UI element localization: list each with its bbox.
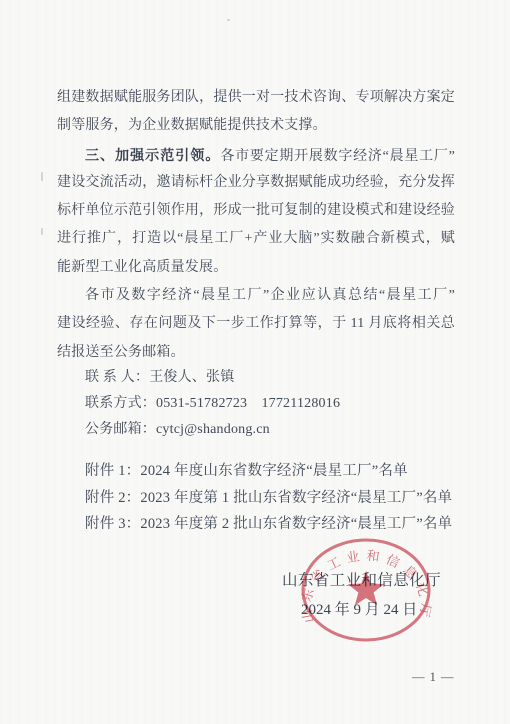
official-seal: 山东省工业和信息化厅 bbox=[294, 536, 440, 648]
body-line: 制等服务，为企业数据赋能提供技术支撑。 bbox=[57, 112, 455, 140]
attachment-item: 附件 2：2023 年度第 1 批山东省数字经济“晨星工厂”名单 bbox=[85, 485, 485, 512]
body-line: 标杆单位示范引领作用，形成一批可复制的建设模式和建设经验 bbox=[57, 197, 455, 225]
section-heading: 三、加强示范引领。 bbox=[85, 147, 220, 163]
contact-person-line: 联 系 人：王俊人、张镇 bbox=[85, 365, 455, 391]
body-line: 结报送至公务邮箱。 bbox=[57, 339, 455, 367]
section-heading-line: 三、加强示范引领。各市要定期开展数字经济“晨星工厂” bbox=[57, 141, 455, 169]
contact-info: 联 系 人：王俊人、张镇 联系方式：0531-51782723 17721128… bbox=[85, 365, 455, 444]
attachment-item: 附件 1：2024 年度山东省数字经济“晨星工厂”名单 bbox=[85, 458, 485, 485]
contact-email-line: 公务邮箱：cytcj@shandong.cn bbox=[85, 417, 455, 443]
body-line: 各市及数字经济“晨星工厂”企业应认真总结“晨星工厂” bbox=[57, 282, 455, 310]
attachment-item: 附件 3：2023 年度第 2 批山东省数字经济“晨星工厂”名单 bbox=[85, 511, 485, 538]
body-line: 能新型工业化高质量发展。 bbox=[57, 254, 455, 282]
document-body: 组建数据赋能服务团队，提供一对一技术咨询、专项解决方案定 制等服务，为企业数据赋… bbox=[57, 84, 455, 367]
body-line: 组建数据赋能服务团队，提供一对一技术咨询、专项解决方案定 bbox=[57, 84, 455, 112]
document-page: 组建数据赋能服务团队，提供一对一技术咨询、专项解决方案定 制等服务，为企业数据赋… bbox=[0, 0, 510, 724]
star-icon bbox=[348, 571, 384, 605]
scan-artifact bbox=[41, 228, 43, 235]
page-number: — 1 — bbox=[412, 670, 455, 685]
body-line: 建设经验、存在问题及下一步工作打算等，于 11 月底将相关总 bbox=[57, 310, 455, 338]
section-heading-rest: 各市要定期开展数字经济“晨星工厂” bbox=[220, 149, 455, 164]
attachment-list: 附件 1：2024 年度山东省数字经济“晨星工厂”名单 附件 2：2023 年度… bbox=[85, 458, 485, 538]
body-line: 进行推广，打造以“晨星工厂+产业大脑”实数融合新模式，赋 bbox=[57, 225, 455, 253]
scan-artifact bbox=[227, 19, 230, 21]
body-line: 建设交流活动，邀请标杆企业分享数据赋能成功经验，充分发挥 bbox=[57, 169, 455, 197]
contact-phone-line: 联系方式：0531-51782723 17721128016 bbox=[85, 391, 455, 417]
scan-artifact bbox=[41, 172, 43, 181]
